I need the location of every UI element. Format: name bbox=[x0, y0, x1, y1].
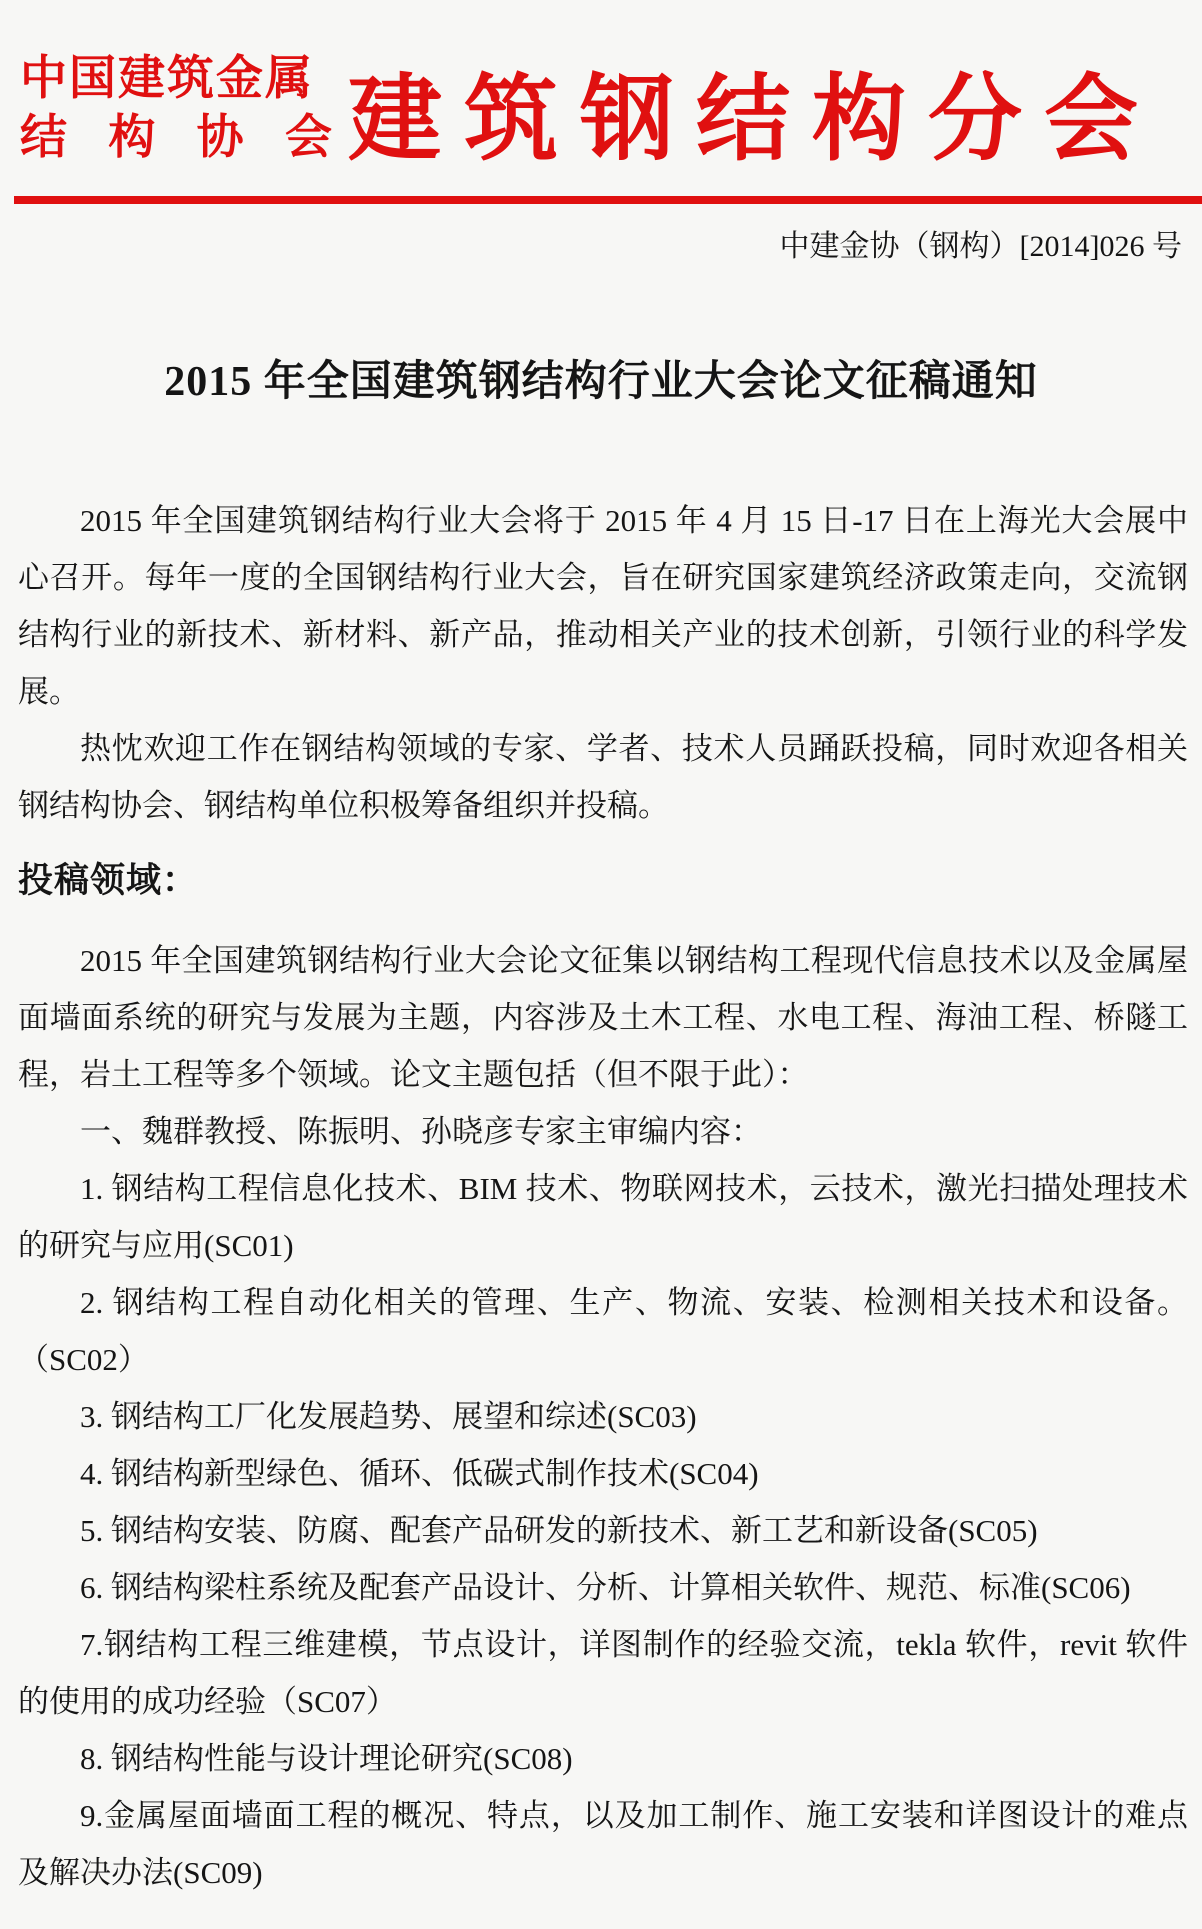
topic-item-sc05: 5. 钢结构安装、防腐、配套产品研发的新技术、新工艺和新设备(SC05) bbox=[18, 1502, 1188, 1559]
letterhead: 中国建筑金属 结构协会 建筑钢结构分会 bbox=[0, 0, 1202, 166]
topic-item-sc06: 6. 钢结构梁柱系统及配套产品设计、分析、计算相关软件、规范、标准(SC06) bbox=[18, 1559, 1188, 1616]
topic-item-sc03: 3. 钢结构工厂化发展趋势、展望和综述(SC03) bbox=[18, 1388, 1188, 1445]
section-subheading-editors: 一、魏群教授、陈振明、孙晓彦专家主审编内容： bbox=[18, 1103, 1188, 1160]
document-body: 2015 年全国建筑钢结构行业大会将于 2015 年 4 月 15 日-17 日… bbox=[18, 492, 1188, 1901]
org-name-line1: 中国建筑金属 bbox=[20, 48, 332, 107]
red-divider-rule bbox=[14, 196, 1202, 204]
org-name: 中国建筑金属 结构协会 bbox=[20, 48, 332, 166]
intro-paragraph-1: 2015 年全国建筑钢结构行业大会将于 2015 年 4 月 15 日-17 日… bbox=[18, 492, 1188, 720]
document-page: 中国建筑金属 结构协会 建筑钢结构分会 中建金协（钢构）[2014]026 号 … bbox=[0, 0, 1202, 1929]
topic-item-sc01: 1. 钢结构工程信息化技术、BIM 技术、物联网技术，云技术，激光扫描处理技术的… bbox=[18, 1160, 1188, 1274]
intro-paragraph-2: 热忱欢迎工作在钢结构领域的专家、学者、技术人员踊跃投稿，同时欢迎各相关钢结构协会… bbox=[18, 720, 1188, 834]
topic-item-sc08: 8. 钢结构性能与设计理论研究(SC08) bbox=[18, 1730, 1188, 1787]
document-number: 中建金协（钢构）[2014]026 号 bbox=[0, 228, 1202, 266]
document-title: 2015 年全国建筑钢结构行业大会论文征稿通知 bbox=[0, 358, 1202, 406]
topic-item-sc02: 2. 钢结构工程自动化相关的管理、生产、物流、安装、检测相关技术和设备。（SC0… bbox=[18, 1274, 1188, 1388]
topic-item-sc09: 9.金属屋面墙面工程的概况、特点，以及加工制作、施工安装和详图设计的难点及解决办… bbox=[18, 1787, 1188, 1901]
section-lead-paragraph: 2015 年全国建筑钢结构行业大会论文征集以钢结构工程现代信息技术以及金属屋面墙… bbox=[18, 932, 1188, 1103]
section-heading-submission-areas: 投稿领域： bbox=[18, 860, 1188, 902]
branch-name: 建筑钢结构分会 bbox=[348, 70, 1194, 170]
topic-item-sc07: 7.钢结构工程三维建模，节点设计，详图制作的经验交流，tekla 软件，revi… bbox=[18, 1616, 1188, 1730]
org-name-line2: 结构协会 bbox=[20, 107, 332, 166]
topic-item-sc04: 4. 钢结构新型绿色、循环、低碳式制作技术(SC04) bbox=[18, 1445, 1188, 1502]
